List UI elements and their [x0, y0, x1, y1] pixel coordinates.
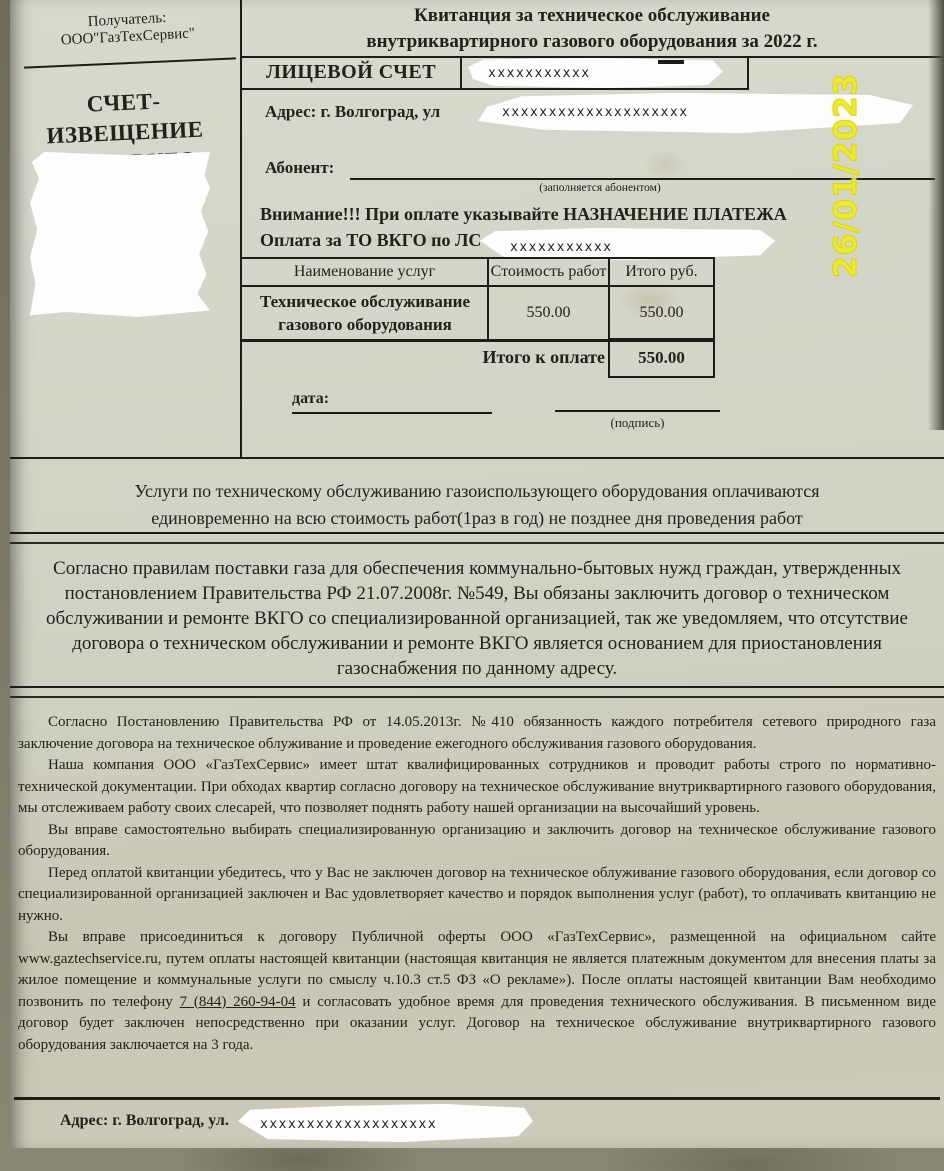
fine-print-paragraph-offer: Вы вправе присоединиться к договору Публ…	[18, 927, 936, 1056]
fine-print-paragraph-4: Перед оплатой квитанции убедитесь, что у…	[18, 863, 936, 928]
address-masked: xxxxxxxxxxxxxxxxxxxx	[502, 105, 689, 120]
payment-notice-line1: Услуги по техническому обслуживанию газо…	[27, 478, 927, 505]
fine-print: Согласно Постановлению Правительства РФ …	[18, 712, 936, 1056]
section-divider-1	[10, 457, 944, 459]
payment-notice: Услуги по техническому обслуживанию газо…	[27, 478, 927, 532]
subscriber-label: Абонент:	[265, 158, 334, 178]
recipient-underline	[24, 57, 236, 68]
doc-title-line1: СЧЕТ-ИЗВЕЩЕНИЕ	[10, 83, 238, 153]
account-row-right-border	[747, 56, 749, 90]
receipt-title: Квитанция за техническое обслуживание вн…	[242, 3, 942, 55]
camera-timestamp: 26/01/2023	[828, 108, 874, 278]
account-value-masked: xxxxxxxxxxx	[488, 66, 591, 81]
payment-notice-line2: единовременно на всю стоимость работ(1ра…	[27, 505, 927, 532]
receipt-title-line1: Квитанция за техническое обслуживание	[242, 3, 942, 29]
table-right-border	[713, 257, 715, 341]
address-label: Адрес: г. Волгоград, ул	[265, 102, 440, 122]
account-cell-divider	[460, 56, 462, 90]
recipient-block: Получатель: ООО"ГазТехСервис"	[19, 6, 235, 51]
legal-notice: Согласно правилам поставки газа для обес…	[32, 556, 922, 681]
double-divider-1	[10, 532, 944, 544]
total-label: Итого к оплате	[440, 347, 605, 368]
signature-label: (подпись)	[565, 415, 710, 431]
date-label: дата:	[292, 390, 329, 408]
section-divider-2	[14, 1097, 940, 1100]
date-line	[292, 412, 492, 414]
total-value-box: 550.00	[608, 338, 715, 378]
subscriber-hint: (заполняется абонентом)	[440, 182, 760, 194]
fine-print-paragraph-1: Согласно Постановлению Правительства РФ …	[18, 712, 936, 755]
attention-account-masked: xxxxxxxxxxx	[510, 240, 613, 255]
receipt-paper: Получатель: ООО"ГазТехСервис" СЧЕТ-ИЗВЕЩ…	[10, 0, 944, 1148]
footer-address-label: Адрес: г. Волгоград, ул.	[60, 1112, 229, 1130]
photo-right-shadow	[928, 0, 944, 430]
fine-print-paragraph-3: Вы вправе самостоятельно выбирать специа…	[18, 820, 936, 863]
account-row-bottom-border	[242, 88, 749, 90]
footer-address-masked: xxxxxxxxxxxxxxxxxxx	[260, 1117, 437, 1132]
attention-line2: Оплата за ТО ВКГО по ЛС	[260, 230, 481, 251]
double-divider-2	[10, 686, 944, 698]
attention-line1: Внимание!!! При оплате указывайте НАЗНАЧ…	[260, 204, 787, 225]
signature-line	[555, 410, 720, 412]
table-header-cost: Стоимость работ	[489, 259, 608, 285]
fine-print-paragraph-2: Наша компания ООО «ГазТехСервис» имеет ш…	[18, 755, 936, 820]
redaction-blob-left	[30, 152, 210, 317]
table-row-service: Техническое обслуживание газового оборуд…	[250, 287, 480, 339]
table-header-service: Наименование услуг	[242, 259, 487, 285]
table-row-cost: 550.00	[489, 287, 608, 339]
offer-phone-number: 7 (844) 260-94-04	[180, 994, 296, 1010]
table-header-total: Итого руб.	[610, 259, 713, 285]
photo-of-receipt: { "photo": { "timestamp": "26/01/2023" }…	[0, 0, 944, 1171]
table-row-total: 550.00	[610, 287, 713, 339]
pen-mark	[658, 60, 684, 64]
account-label: ЛИЦЕВОЙ СЧЕТ	[242, 57, 460, 88]
receipt-title-line2: внутриквартирного газового оборудования …	[242, 29, 942, 55]
